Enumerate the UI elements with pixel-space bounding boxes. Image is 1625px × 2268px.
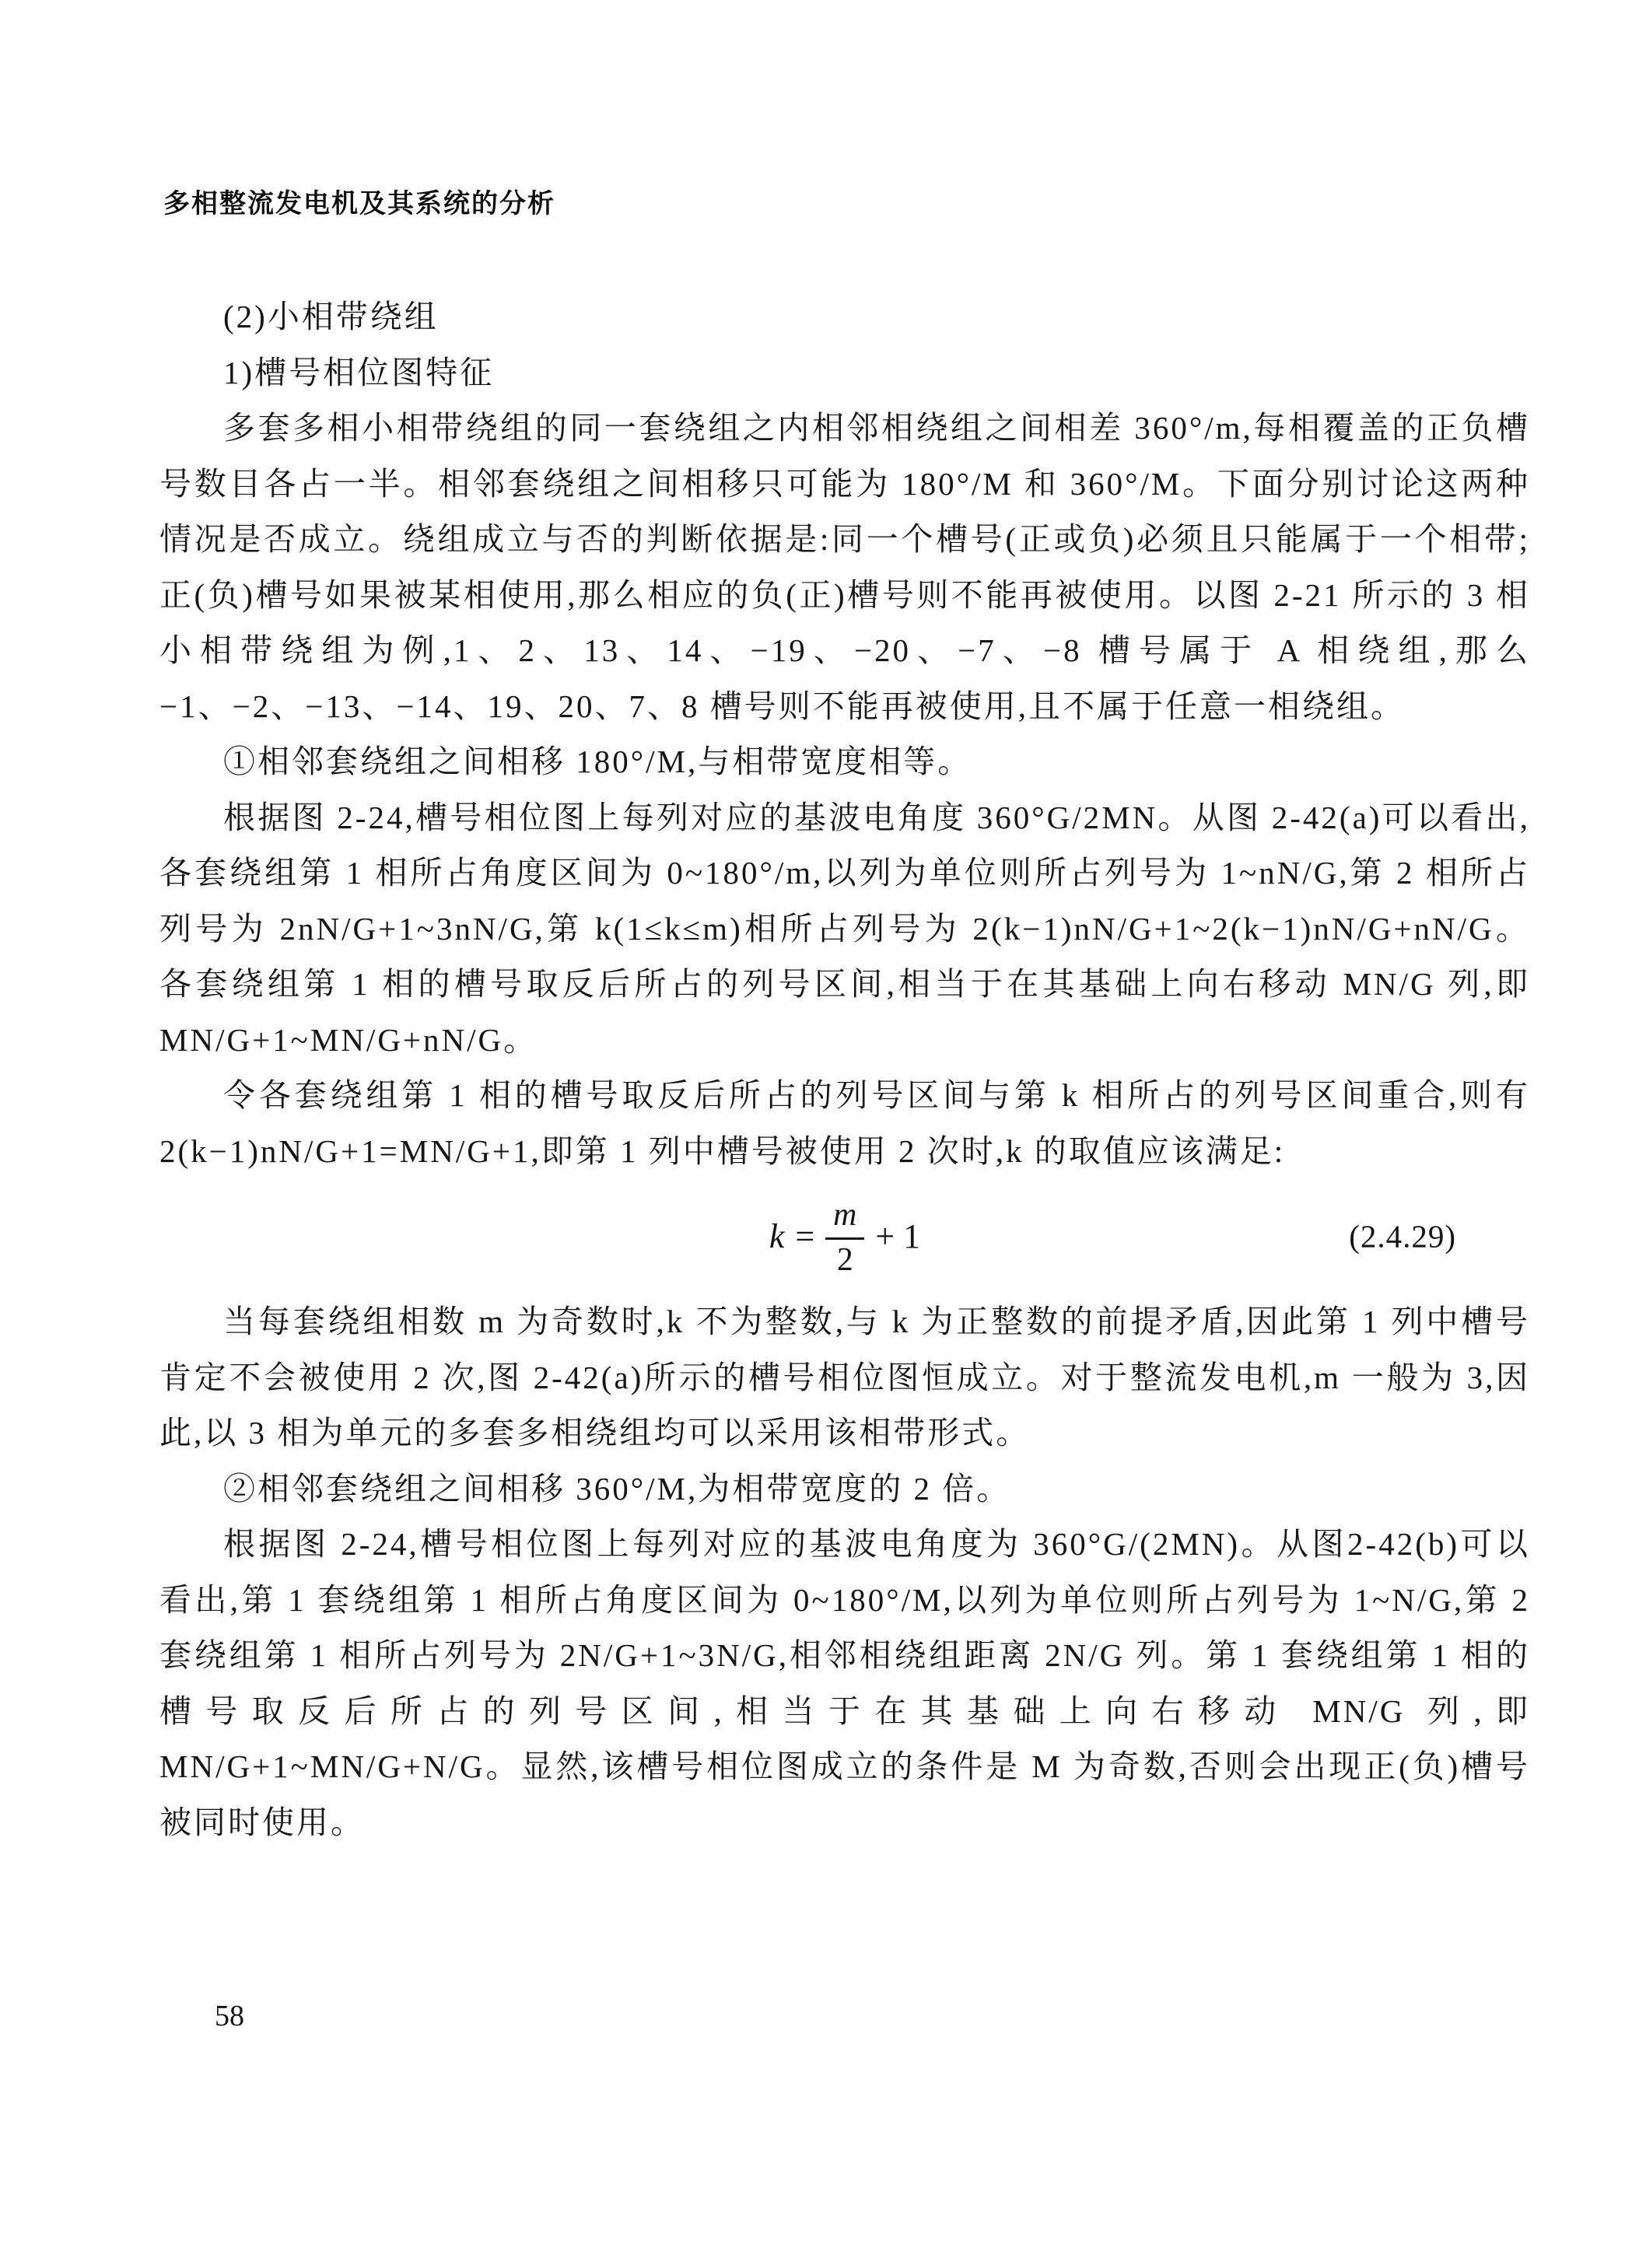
running-header: 多相整流发电机及其系统的分析 — [163, 182, 555, 220]
body-paragraph: 当每套绕组相数 m 为奇数时,k 不为整数,与 k 为正整数的前提矛盾,因此第 … — [159, 1294, 1530, 1461]
body-paragraph: ①相邻套绕组之间相移 180°/M,与相带宽度相等。 — [159, 734, 1530, 790]
body-paragraph: 多套多相小相带绕组的同一套绕组之内相邻相绕组之间相差 360°/m,每相覆盖的正… — [159, 401, 1530, 734]
body-paragraph: 令各套绕组第 1 相的槽号取反后所占的列号区间与第 k 相所占的列号区间重合,则… — [159, 1068, 1530, 1179]
equation-fraction: m 2 — [825, 1195, 864, 1278]
equation-number: (2.4.29) — [1349, 1209, 1456, 1265]
fraction-denominator: 2 — [837, 1240, 853, 1279]
page-body: (2)小相带绕组 1)槽号相位图特征 多套多相小相带绕组的同一套绕组之内相邻相绕… — [159, 289, 1530, 1850]
equation: k = m 2 + 1 — [769, 1195, 920, 1278]
equation-lhs: k — [769, 1220, 785, 1254]
body-paragraph: 根据图 2-24,槽号相位图上每列对应的基波电角度 360°G/2MN。从图 2… — [159, 790, 1530, 1069]
subsection-heading: 1)槽号相位图特征 — [159, 345, 1530, 401]
equation-tail: + 1 — [875, 1220, 920, 1254]
book-page: 多相整流发电机及其系统的分析 (2)小相带绕组 1)槽号相位图特征 多套多相小相… — [0, 0, 1625, 2268]
fraction-numerator: m — [825, 1195, 864, 1239]
section-heading: (2)小相带绕组 — [159, 289, 1530, 345]
equation-equals-sign: = — [795, 1220, 814, 1254]
equation-row: k = m 2 + 1 (2.4.29) — [159, 1179, 1530, 1294]
body-paragraph: ②相邻套绕组之间相移 360°/M,为相带宽度的 2 倍。 — [159, 1461, 1530, 1517]
page-number: 58 — [215, 1999, 244, 2033]
body-paragraph: 根据图 2-24,槽号相位图上每列对应的基波电角度为 360°G/(2MN)。从… — [159, 1517, 1530, 1850]
